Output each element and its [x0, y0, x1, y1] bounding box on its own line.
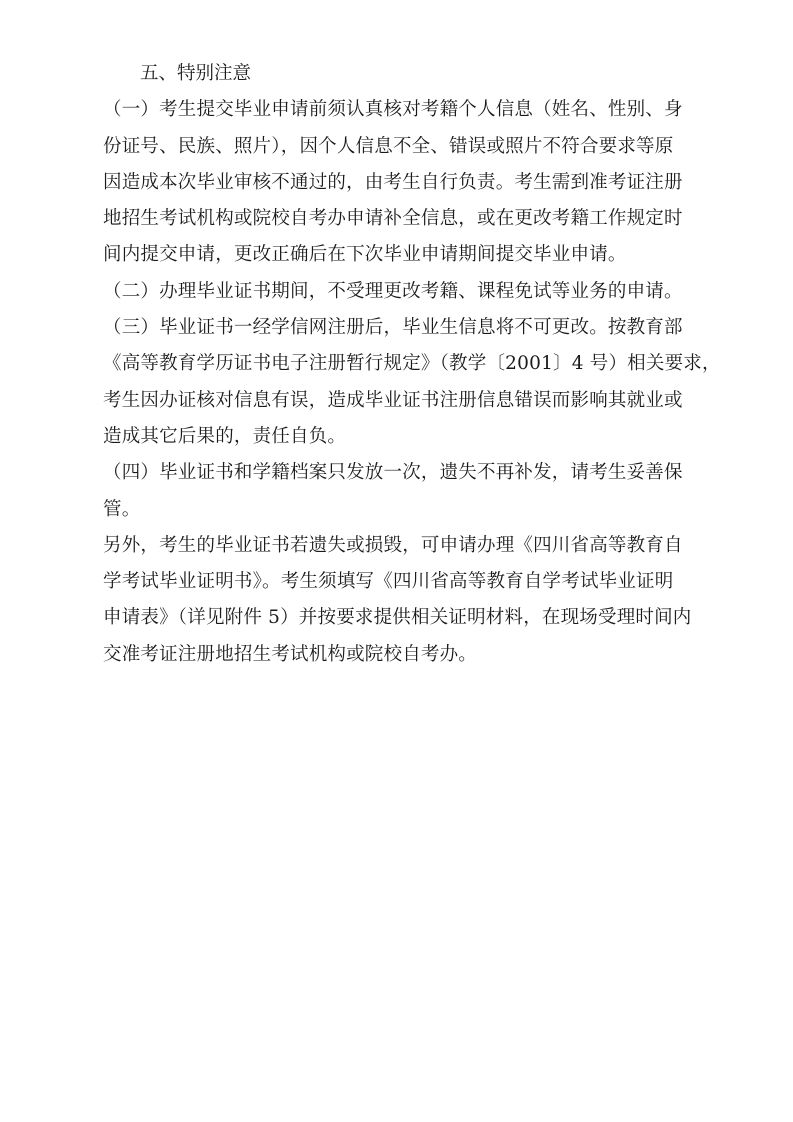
text-line: （一）考生提交毕业申请前须认真核对考籍个人信息（姓名、性别、身 [103, 92, 693, 128]
paragraph-note-4: （四）毕业证书和学籍档案只发放一次，遗失不再补发，请考生妥善保 管。 [103, 455, 693, 528]
text-line: 地招生考试机构或院校自考办申请补全信息，或在更改考籍工作规定时 [103, 201, 693, 237]
paragraph-note-1: （一）考生提交毕业申请前须认真核对考籍个人信息（姓名、性别、身 份证号、民族、照… [103, 92, 693, 273]
text-line: 另外，考生的毕业证书若遗失或损毁，可申请办理《四川省高等教育自 [103, 528, 693, 564]
text-line: 申请表》（详见附件 5）并按要求提供相关证明材料，在现场受理时间内 [103, 600, 693, 636]
text-line: 管。 [103, 492, 693, 528]
text-line: 学考试毕业证明书》。考生须填写《四川省高等教育自学考试毕业证明 [103, 564, 693, 600]
text-line: 间内提交申请，更改正确后在下次毕业申请期间提交毕业申请。 [103, 237, 693, 273]
text-line: 《高等教育学历证书电子注册暂行规定》（教学〔2001〕4 号）相关要求， [103, 346, 693, 382]
paragraph-note-2: （二）办理毕业证书期间，不受理更改考籍、课程免试等业务的申请。 [103, 274, 693, 310]
paragraph-note-3: （三）毕业证书一经学信网注册后，毕业生信息将不可更改。按教育部 《高等教育学历证… [103, 310, 693, 455]
document-page: 五、特别注意 （一）考生提交毕业申请前须认真核对考籍个人信息（姓名、性别、身 份… [103, 56, 693, 673]
text-line: （四）毕业证书和学籍档案只发放一次，遗失不再补发，请考生妥善保 [103, 455, 693, 491]
text-line: （三）毕业证书一经学信网注册后，毕业生信息将不可更改。按教育部 [103, 310, 693, 346]
text-line: 因造成本次毕业审核不通过的，由考生自行负责。考生需到准考证注册 [103, 165, 693, 201]
text-line: 份证号、民族、照片），因个人信息不全、错误或照片不符合要求等原 [103, 129, 693, 165]
text-line: （二）办理毕业证书期间，不受理更改考籍、课程免试等业务的申请。 [103, 274, 693, 310]
text-line: 考生因办证核对信息有误，造成毕业证书注册信息错误而影响其就业或 [103, 383, 693, 419]
section-title: 五、特别注意 [103, 56, 693, 92]
paragraph-additional: 另外，考生的毕业证书若遗失或损毁，可申请办理《四川省高等教育自 学考试毕业证明书… [103, 528, 693, 673]
text-line: 造成其它后果的，责任自负。 [103, 419, 693, 455]
text-line: 交准考证注册地招生考试机构或院校自考办。 [103, 637, 693, 673]
